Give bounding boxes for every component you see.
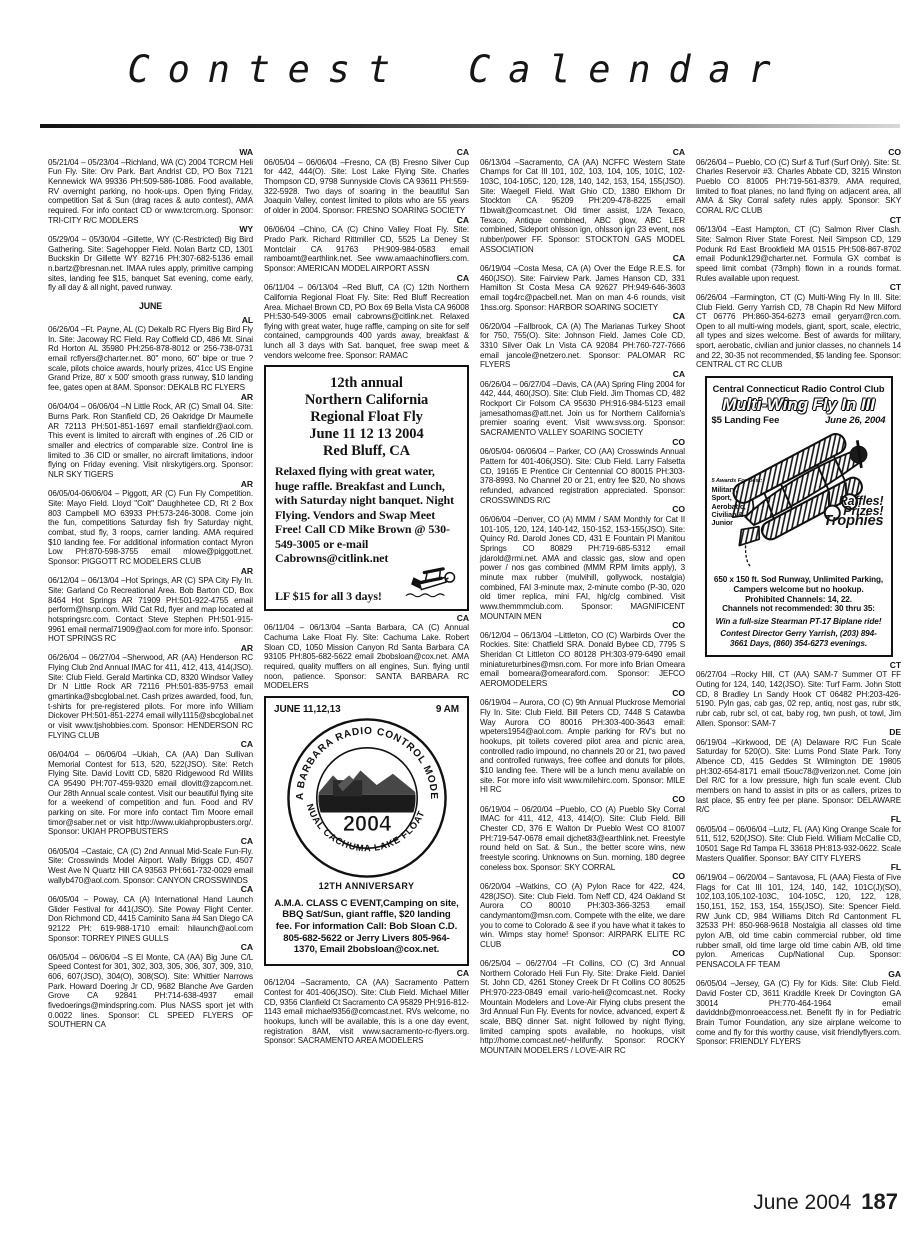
column-4: CO06/26/04 – Pueblo, CO (C) Surf & Turf … [696,148,901,1056]
state-header: CA [480,370,685,380]
club-stamp-logo: • SANTA BARBARA RADIO CONTROL MODELERS •… [274,717,459,882]
ad-landing-fee: LF $15 for all 3 days! [275,589,382,603]
calendar-entry: 06/06/04 –Chino, CA (C) Chino Valley Flo… [264,225,469,273]
ad-start-time: 9 AM [436,705,459,715]
calendar-entry: 06/26/04 –Ft. Payne, AL (C) Dekalb RC Fl… [48,325,253,393]
calendar-entry: 06/26/04 –Farmington, CT (C) Multi-Wing … [696,293,901,370]
state-header: CA [48,740,253,750]
state-header: AR [48,480,253,490]
ad-prizes-callout: Raffles! Prizes! Trophies [823,497,883,526]
prize-line: Trophies [823,517,883,527]
calendar-entry: 06/19/04 – Aurora, CO (C) 9th Annual Plu… [480,698,685,795]
ad-prohibited-channels: Prohibited Channels: 14, 22. [712,595,886,605]
calendar-entry: 06/04/04 – 06/06/04 –Ukiah, CA (AA) Dan … [48,750,253,837]
state-header: CA [48,943,253,953]
state-header: CA [264,614,469,624]
calendar-entry: 06/13/04 –East Hampton, CT (C) Salmon Ri… [696,225,901,283]
calendar-entry: 06/26/04 – 06/27/04 –Davis, CA (AA) Spri… [480,380,685,438]
ad-ride-promo: Win a full-size Stearman PT-17 Biplane r… [712,617,886,627]
state-header: CA [48,885,253,895]
calendar-entry: 06/26/04 – 06/27/04 –Sherwood, AR (AA) H… [48,653,253,740]
state-header: CT [696,216,901,226]
calendar-entry: 06/12/04 – 06/13/04 –Hot Springs, AR (C)… [48,576,253,644]
ad-awards-list: 5 Awards For Best: Military, Sport, Aero… [712,477,763,527]
header-divider [40,124,900,128]
calendar-entry: 06/05/04-06/06/04 – Piggott, AR (C) Fun … [48,489,253,566]
calendar-entry: 06/25/04 – 06/27/04 –Ft Collins, CO (C) … [480,959,685,1056]
calendar-entry: 06/12/04 – 06/13/04 –Littleton, CO (C) W… [480,631,685,689]
ad-dates: JUNE 11,12,13 [274,705,341,715]
state-header: CO [480,795,685,805]
calendar-entry: 06/27/04 –Rocky Hill, CT (AA) SAM-7 Summ… [696,670,901,728]
calendar-entry: 06/05/04 –Castaic, CA (C) 2nd Annual Mid… [48,847,253,886]
state-header: AR [48,393,253,403]
footer-issue: June 2004 [753,1191,851,1214]
calendar-entry: 06/11/04 – 06/13/04 –Red Bluff, CA (C) 1… [264,283,469,360]
state-header: CT [696,283,901,293]
ad-title-line: June 11 12 13 2004 [275,426,458,443]
ad-body-text: Relaxed flying with great water, huge ra… [275,464,458,566]
ad-runway-info: 650 x 150 ft. Sod Runway, Unlimited Park… [712,575,886,594]
state-header: CO [480,949,685,959]
state-header: CA [264,969,469,979]
calendar-entry: 06/19/04 – 06/20/04 – Santavosa, FL (AAA… [696,873,901,970]
calendar-entry: 06/04/04 – 06/06/04 –N Little Rock, AR (… [48,402,253,479]
ad-title-line: Red Bluff, CA [275,443,458,460]
footer-page-number: 187 [861,1189,898,1214]
state-header: AR [48,567,253,577]
state-header: CA [480,312,685,322]
magazine-page: Contest Calendar WA05/21/04 – 05/23/04 –… [0,0,916,1245]
state-header: CO [480,621,685,631]
state-header: CA [480,254,685,264]
cachuma-ad: JUNE 11,12,13 9 AM • SANTA BARBARA RADIO… [264,696,469,966]
calendar-entry: 06/13/04 –Sacramento, CA (AA) NCFFC West… [480,158,685,255]
state-header: CO [696,148,901,158]
state-header: CT [696,661,901,671]
page-footer: June 2004187 [753,1189,898,1215]
ad-title-line: Northern California [275,392,458,409]
calendar-entry: 06/05/04- 06/06/04 – Parker, CO (AA) Cro… [480,447,685,505]
state-header: WA [48,148,253,158]
calendar-entry: 06/12/04 –Sacramento, CA (AA) Sacramento… [264,978,469,1046]
ad-channels-note: Channels not recommended: 30 thru 35: [712,604,886,614]
award-class: Junior [712,519,763,527]
calendar-entry: 06/20/04 –Fallbrook, CA (A) The Marianas… [480,322,685,370]
calendar-columns: WA05/21/04 – 05/23/04 –Richland, WA (C) … [48,148,901,1056]
ad-event-title: Multi-Wing Fly In III [712,395,886,414]
state-header: GA [696,970,901,980]
ad-contest-director: Contest Director Gerry Yarrish, (203) 89… [712,629,886,648]
calendar-entry: 06/19/04 –Costa Mesa, CA (A) Over the Ed… [480,264,685,312]
state-header: CA [48,837,253,847]
state-header: DE [696,728,901,738]
calendar-entry: 06/19/04 – 06/20/04 –Pueblo, CO (A) Pueb… [480,805,685,873]
page-title: Contest Calendar [0,48,916,91]
calendar-entry: 06/20/04 –Watkins, CO (A) Pylon Race for… [480,882,685,950]
month-header: JUNE [48,302,253,312]
calendar-entry: 06/11/04 – 06/13/04 –Santa Barbara, CA (… [264,623,469,691]
stamp-year: 2004 [342,811,391,836]
state-header: WY [48,225,253,235]
state-header: CO [480,505,685,515]
ad-event-date: June 26, 2004 [825,416,886,426]
float-fly-ad: 12th annual Northern California Regional… [264,365,469,610]
biplane-illustration-icon [712,568,890,577]
column-3: CA06/13/04 –Sacramento, CA (AA) NCFFC We… [480,148,685,1056]
column-1: WA05/21/04 – 05/23/04 –Richland, WA (C) … [48,148,253,1056]
state-header: CA [264,216,469,226]
state-header: CO [480,872,685,882]
calendar-entry: 06/05/04 – 06/06/04 –S El Monte, CA (AA)… [48,953,253,1030]
calendar-entry: 06/26/04 – Pueblo, CO (C) Surf & Turf (S… [696,158,901,216]
calendar-entry: 05/29/04 – 05/30/04 –Gillette, WY (C-Res… [48,235,253,293]
state-header: CA [264,148,469,158]
state-header: CA [264,274,469,284]
state-header: CA [480,148,685,158]
state-header: FL [696,863,901,873]
ad-title-line: 12th annual [275,375,458,392]
ad-club-name: Central Connecticut Radio Control Club [712,385,886,395]
state-header: AL [48,316,253,326]
ad-body-text: A.M.A. CLASS C EVENT,Camping on site, BB… [274,898,459,956]
ad-landing-fee: $5 Landing Fee [712,416,780,426]
calendar-entry: 06/06/04 –Denver, CO (A) MMM / SAM Month… [480,515,685,621]
state-header: CO [480,689,685,699]
state-header: AR [48,644,253,654]
multiwing-ad: Central Connecticut Radio Control Club M… [705,376,893,656]
calendar-entry: 06/05/04 –Jersey, GA (C) Fly for Kids. S… [696,979,901,1047]
ad-title-line: Regional Float Fly [275,409,458,426]
state-header: FL [696,815,901,825]
calendar-entry: 05/21/04 – 05/23/04 –Richland, WA (C) 20… [48,158,253,226]
state-header: CO [480,438,685,448]
column-2: CA06/05/04 – 06/06/04 –Fresno, CA (B) Fr… [264,148,469,1056]
ad-anniversary: 12TH ANNIVERSARY [274,882,459,892]
calendar-entry: 06/05/04 – 06/06/04 –Fresno, CA (B) Fres… [264,158,469,216]
biplane-sketch-icon [400,566,458,603]
calendar-entry: 06/19/04 –Kirkwood, DE (A) Delaware R/C … [696,738,901,815]
calendar-entry: 06/05/04 – Poway, CA (A) International H… [48,895,253,943]
calendar-entry: 06/05/04 – 06/06/04 –Lutz, FL (AA) King … [696,825,901,864]
